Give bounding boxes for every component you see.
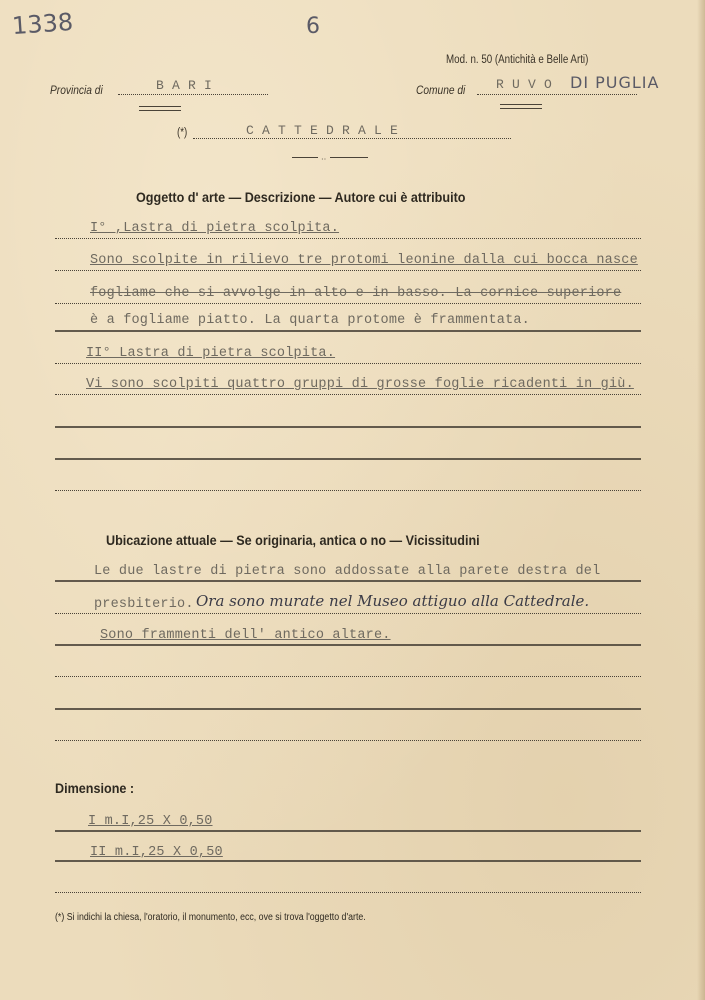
- separator-right: [330, 157, 368, 158]
- separator-left: [292, 157, 318, 158]
- provincia-label: Provincia di: [50, 83, 103, 97]
- section-heading-oggetto: Oggetto d' arte — Descrizione — Autore c…: [136, 189, 465, 205]
- provincia-value: B A R I: [156, 78, 212, 93]
- ruled-line: [55, 238, 641, 239]
- description-line-4: è a fogliame piatto. La quarta protome è…: [90, 313, 530, 328]
- ruled-line: [55, 613, 641, 614]
- ruled-line: [55, 740, 641, 741]
- comune-field-line: [477, 94, 637, 95]
- handwritten-location-note: Ora sono murate nel Museo attiguo alla C…: [196, 592, 589, 610]
- provincia-field-line: [118, 94, 268, 95]
- section-heading-ubicazione: Ubicazione attuale — Se originaria, anti…: [106, 532, 480, 548]
- double-underline: [139, 106, 181, 111]
- description-line-6: Vi sono scolpiti quattro gruppi di gross…: [86, 377, 634, 392]
- ruled-line: [55, 270, 641, 271]
- ruled-line: [55, 330, 641, 332]
- comune-value-typed: R U V O: [496, 77, 552, 92]
- dimension-line-2: II m.I,25 X 0,50: [90, 845, 223, 860]
- location-line-2: presbiterio.: [94, 597, 194, 612]
- ruled-line: [55, 458, 641, 460]
- ruled-line: [55, 830, 641, 832]
- ruled-line: [55, 490, 641, 491]
- ruled-line: [55, 363, 641, 364]
- location-line-3: Sono frammenti dell' antico altare.: [100, 628, 391, 643]
- location-field-line: [193, 138, 511, 139]
- description-line-3-struck: fogliame che si avvolge in alto e in bas…: [90, 286, 621, 301]
- description-line-5: II° Lastra di pietra scolpita.: [86, 346, 335, 361]
- location-footnote-marker: (*): [177, 127, 187, 139]
- ruled-line: [55, 394, 641, 395]
- description-line-2: Sono scolpite in rilievo tre protomi leo…: [90, 253, 638, 268]
- ruled-line: [55, 303, 641, 304]
- section-heading-dimensione: Dimensione :: [55, 780, 134, 796]
- description-line-1: I° ,Lastra di pietra scolpita.: [90, 221, 339, 236]
- page-number: 6: [306, 14, 320, 39]
- form-model-label: Mod. n. 50 (Antichità e Belle Arti): [446, 54, 588, 66]
- ruled-line: [55, 676, 641, 677]
- ruled-line: [55, 426, 641, 428]
- location-line-1: Le due lastre di pietra sono addossate a…: [94, 564, 600, 579]
- separator-dots: ··: [321, 155, 326, 164]
- footnote: (*) Si indichi la chiesa, l'oratorio, il…: [55, 912, 366, 923]
- double-underline: [500, 104, 542, 109]
- location-value: C A T T E D R A L E: [246, 123, 398, 138]
- ruled-line: [55, 644, 641, 646]
- comune-value-handwritten: DI PUGLIA: [570, 73, 659, 92]
- document-page: 1338 6 Mod. n. 50 (Antichità e Belle Art…: [0, 0, 705, 1000]
- ruled-line: [55, 860, 641, 862]
- dimension-line-1: I m.I,25 X 0,50: [88, 814, 213, 829]
- page-edge-shadow: [697, 0, 705, 1000]
- comune-label: Comune di: [416, 83, 465, 97]
- ruled-line: [55, 580, 641, 582]
- record-number: 1338: [11, 8, 74, 40]
- ruled-line: [55, 708, 641, 710]
- ruled-line: [55, 892, 641, 893]
